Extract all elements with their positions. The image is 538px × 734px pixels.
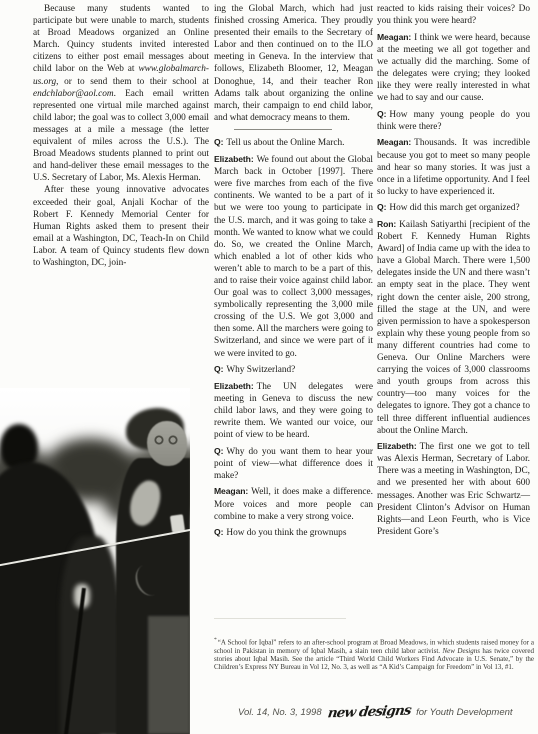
speaker-label: Ron: [377, 219, 396, 229]
body-paragraph: reacted to kids raising their voices? Do… [377, 3, 530, 27]
text-run: The first one we got to tell was Alexis … [377, 442, 530, 537]
speaker-label: Meagan: [214, 486, 248, 496]
qa-block: Meagan:Well, it does make a difference. … [214, 485, 373, 522]
qa-block: Q:How do you think the grownups [214, 526, 373, 539]
speaker-label: Q: [377, 202, 386, 212]
column-divider-rule [234, 129, 332, 130]
text-run: , or to send them to their school at [56, 77, 209, 87]
speaker-label: Elizabeth: [214, 381, 254, 391]
text-run: . Each email written represented one vir… [33, 89, 209, 184]
speaker-label: Q: [214, 137, 223, 147]
speaker-label: Elizabeth: [214, 154, 254, 164]
footer-issue: Vol. 14, No. 3, 1998 [238, 707, 322, 718]
magazine-page: Because many students wanted to particip… [0, 0, 538, 734]
text-run: Kailash Satiyarthi [recipient of the Rob… [377, 220, 530, 436]
footer-tagline: for Youth Development [416, 707, 512, 718]
qa-block: Q:Tell us about the Online March. [214, 136, 373, 149]
qa-block: Ron:Kailash Satiyarthi [recipient of the… [377, 218, 530, 437]
footnote: *“A School for Iqbal” refers to an after… [214, 636, 534, 672]
speaker-label: Elizabeth: [377, 441, 417, 451]
text-run: After these young innovative advocates e… [33, 185, 209, 268]
page-footer: Vol. 14, No. 3, 1998 new designs for You… [238, 701, 534, 723]
text-run: Why Switzerland? [226, 365, 295, 375]
speaker-label: Q: [214, 527, 223, 537]
footnote-text: “A School for Iqbal” refers to an after-… [214, 638, 534, 671]
text-run: reacted to kids raising their voices? Do… [377, 4, 530, 26]
photo-marchers [0, 388, 190, 734]
speaker-label: Meagan: [377, 137, 411, 147]
qa-block: Elizabeth:The first one we got to tell w… [377, 440, 530, 538]
text-run: How many young people do you think were … [377, 110, 530, 132]
new-designs-logo: new designs [326, 703, 411, 722]
qa-block: Elizabeth:The UN delegates were meeting … [214, 380, 373, 441]
qa-block: Meagan:I think we were heard, because at… [377, 31, 530, 105]
qa-block: Q:How many young people do you think wer… [377, 108, 530, 133]
text-column-middle: ing the Global March, which had just fin… [214, 3, 373, 539]
text-column-right: reacted to kids raising their voices? Do… [377, 3, 530, 538]
body-paragraph: Because many students wanted to particip… [33, 3, 209, 184]
qa-block: Q:Why Switzerland? [214, 363, 373, 376]
photo-jeans-leg [148, 616, 190, 734]
text-run: I think we were heard, because at the me… [377, 33, 530, 103]
qa-block: Elizabeth:We found out about the Global … [214, 153, 373, 360]
photo-glasses [151, 435, 183, 445]
italic-text-run: endchlabor@aol.com [33, 89, 114, 99]
italic-text-run: New Designs [443, 647, 480, 655]
footnote-marker: * [214, 637, 217, 643]
qa-block: Meagan:Thousands. It was incredible beca… [377, 136, 530, 197]
speaker-label: Q: [214, 364, 223, 374]
qa-block: Q:Why do you want them to hear your poin… [214, 445, 373, 482]
text-run: We found out about the Global March back… [214, 155, 373, 359]
speaker-label: Q: [214, 446, 223, 456]
body-paragraph: After these young innovative advocates e… [33, 184, 209, 269]
footnote-separator-rule [214, 618, 346, 619]
qa-block: Q:How did this march get organized? [377, 201, 530, 214]
text-column-left: Because many students wanted to particip… [33, 3, 209, 269]
text-run: Thousands. It was incredible because you… [377, 138, 530, 196]
text-run: Tell us about the Online March. [226, 138, 344, 148]
text-run: How did this march get organized? [389, 203, 519, 213]
speaker-label: Meagan: [377, 32, 411, 42]
text-run: How do you think the grownups [226, 528, 346, 538]
text-run: ing the Global March, which had just fin… [214, 4, 373, 123]
speaker-label: Q: [377, 109, 386, 119]
body-paragraph: ing the Global March, which had just fin… [214, 3, 373, 124]
text-run: Why do you want them to hear your point … [214, 447, 373, 481]
